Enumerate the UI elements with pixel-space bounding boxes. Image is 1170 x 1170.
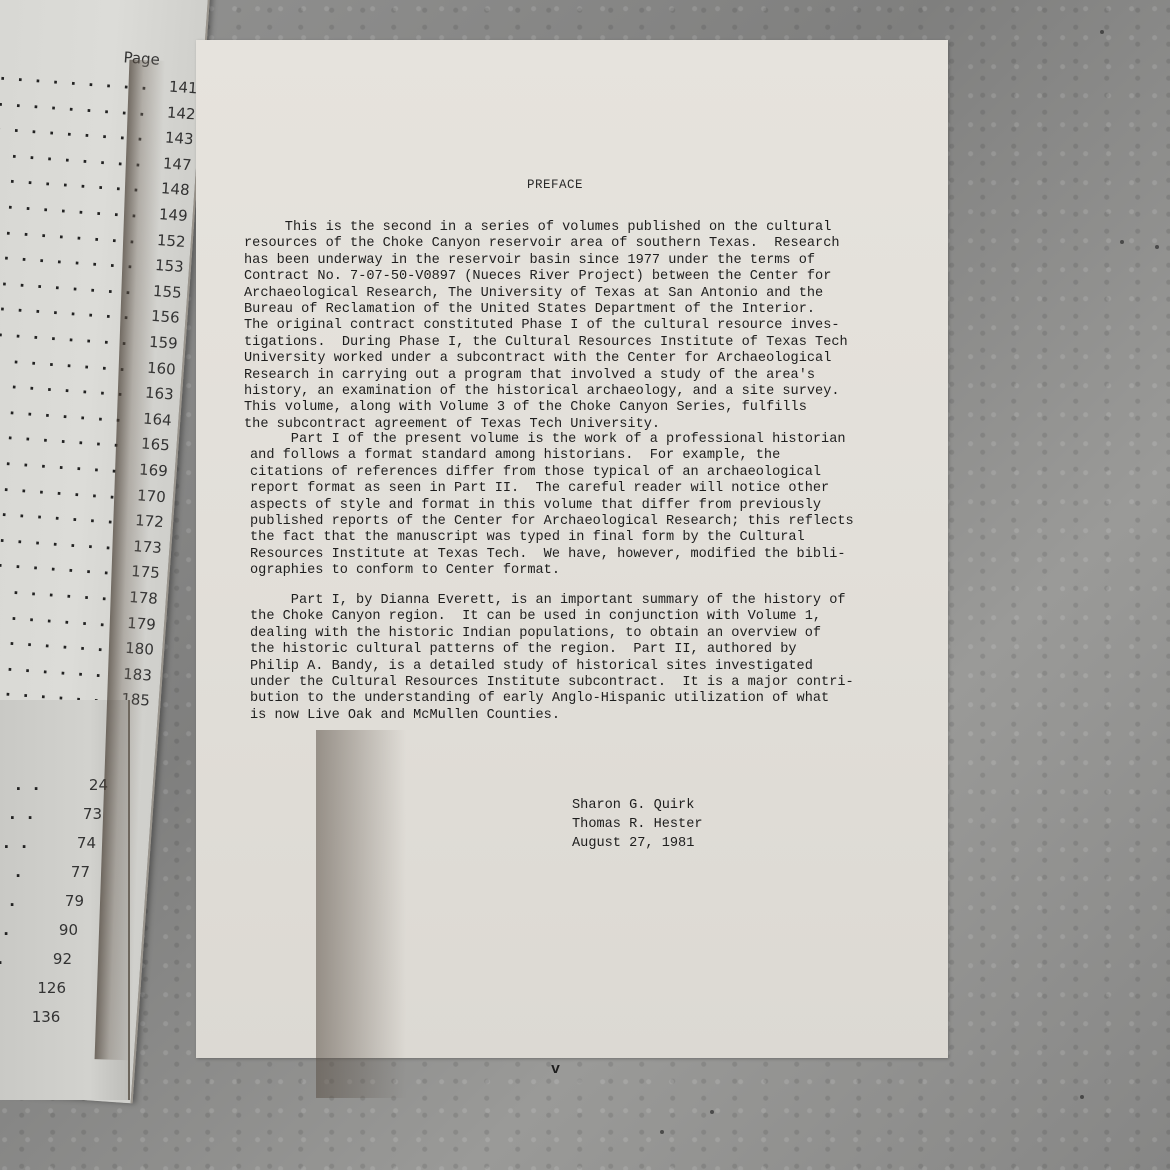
toc-page-number: 74 — [77, 834, 96, 852]
paragraph-line: history, an examination of the historica… — [244, 384, 848, 400]
paragraph-line: is now Live Oak and McMullen Counties. — [250, 708, 854, 724]
toc-entry: .........148 — [0, 168, 190, 200]
toc-leader-dots: ......... — [0, 449, 130, 478]
signature-block: Sharon G. Quirk Thomas R. Hester August … — [572, 796, 703, 853]
toc-entry: .126 — [0, 979, 66, 997]
signature-date: August 27, 1981 — [572, 834, 703, 853]
paragraph-line: Contract No. 7-07-50-V0897 (Nueces River… — [244, 269, 848, 285]
paragraph-line: dealing with the historic Indian populat… — [250, 626, 854, 642]
paragraph-line: the historic cultural patterns of the re… — [250, 642, 854, 658]
toc-leader-dots: .. — [4, 834, 39, 852]
toc-leader-dots: ......... — [0, 372, 136, 401]
toc-leader-dots: ......... — [0, 627, 116, 656]
surface-speck — [1100, 30, 1104, 34]
paragraph-line: University worked under a subcontract wi… — [244, 351, 848, 367]
signature-author-2: Thomas R. Hester — [572, 815, 703, 834]
toc-leader-dots: . — [15, 863, 33, 881]
toc-leader-dots: ......... — [0, 576, 120, 605]
paragraph-2: Part I of the present volume is the work… — [250, 432, 854, 580]
paragraph-line: resources of the Choke Canyon reservoir … — [244, 236, 848, 252]
toc-leader-dots: ......... — [0, 602, 118, 631]
paragraph-line: This volume, along with Volume 3 of the … — [244, 400, 848, 416]
surface-speck — [1120, 240, 1124, 244]
toc-page-number: 143 — [164, 129, 194, 149]
toc-leader-dots: .. — [16, 776, 51, 794]
paragraph-line: tigations. During Phase I, the Cultural … — [244, 335, 848, 351]
paragraph-line: Part I of the present volume is the work… — [250, 432, 854, 448]
paragraph-line: the Choke Canyon region. It can be used … — [250, 609, 854, 625]
toc-page-number: 147 — [162, 154, 192, 174]
paragraph-line: report format as seen in Part II. The ca… — [250, 481, 854, 497]
surface-speck — [710, 1110, 714, 1114]
surface-speck — [1080, 1095, 1084, 1099]
toc-entry: .90 — [0, 921, 78, 939]
paragraph-line: under the Cultural Resources Institute s… — [250, 675, 854, 691]
toc-leader-dots: .. — [10, 805, 45, 823]
paragraph-line: This is the second in a series of volume… — [244, 220, 848, 236]
toc-leader-dots: ......... — [0, 474, 128, 503]
paragraph-line: ographies to conform to Center format. — [250, 563, 854, 579]
toc-leader-dots: . — [0, 950, 15, 968]
paragraph-line: Part I, by Dianna Everett, is an importa… — [250, 593, 854, 609]
toc-page-number: 92 — [53, 950, 72, 968]
paragraph-line: published reports of the Center for Arch… — [250, 514, 854, 530]
paragraph-3: Part I, by Dianna Everett, is an importa… — [250, 593, 854, 724]
toc-page-number: 149 — [158, 205, 188, 225]
signature-author-1: Sharon G. Quirk — [572, 796, 703, 815]
toc-entry: .92 — [0, 950, 72, 968]
toc-leader-dots: . — [9, 892, 27, 910]
paragraph-line: bution to the understanding of early Ang… — [250, 691, 854, 707]
paragraph-line: the subcontract agreement of Texas Tech … — [244, 417, 848, 433]
toc-page-number: 153 — [154, 256, 184, 276]
paragraph-line: Resources Institute at Texas Tech. We ha… — [250, 547, 854, 563]
toc-leader-dots: ......... — [0, 346, 138, 375]
toc-page-number: 148 — [160, 180, 190, 200]
toc-entry: ..73 — [0, 805, 102, 823]
toc-leader-dots: ......... — [0, 500, 126, 529]
toc-page-number: 152 — [156, 231, 186, 251]
paragraph-line: The original contract constituted Phase … — [244, 318, 848, 334]
toc-page-number: 142 — [166, 103, 196, 123]
toc-entry: .........147 — [0, 142, 192, 174]
toc-leader-dots: ......... — [0, 525, 124, 554]
toc-page-number: 141 — [168, 78, 198, 98]
paragraph-line: citations of references differ from thos… — [250, 465, 854, 481]
toc-leader-dots: ......... — [0, 653, 114, 682]
toc-leader-dots: . — [3, 921, 21, 939]
paragraph-line: aspects of style and format in this volu… — [250, 498, 854, 514]
paragraph-line: Bureau of Reclamation of the United Stat… — [244, 302, 848, 318]
page-shadow — [316, 730, 406, 1098]
toc-entry: .79 — [0, 892, 84, 910]
paragraph-line: and follows a format standard among hist… — [250, 448, 854, 464]
toc-leader-dots: ......... — [0, 423, 132, 452]
toc-entry: ..24 — [0, 776, 108, 794]
toc-entry: .77 — [0, 863, 90, 881]
toc-leader-dots: ......... — [0, 398, 134, 427]
toc-page-number: 77 — [71, 863, 90, 881]
toc-page-number: 90 — [59, 921, 78, 939]
toc-entry: ..74 — [0, 834, 96, 852]
paragraph-line: Archaeological Research, The University … — [244, 286, 848, 302]
paragraph-line: has been underway in the reservoir basin… — [244, 253, 848, 269]
paragraph-line: the fact that the manuscript was typed i… — [250, 530, 854, 546]
toc-page-number: 79 — [65, 892, 84, 910]
surface-speck — [1155, 245, 1159, 249]
toc-leader-dots: ......... — [0, 551, 122, 580]
toc-page-number: 73 — [83, 805, 102, 823]
paragraph-1: This is the second in a series of volume… — [244, 220, 848, 433]
page-number: v — [551, 1061, 560, 1078]
toc-page-number: 126 — [37, 979, 66, 997]
toc-entry: .136 — [0, 1008, 60, 1026]
paragraph-line: Philip A. Bandy, is a detailed study of … — [250, 659, 854, 675]
toc-page-number: 136 — [32, 1008, 61, 1026]
page-title: PREFACE — [527, 178, 583, 192]
paragraph-line: Research in carrying out a program that … — [244, 368, 848, 384]
surface-speck — [660, 1130, 664, 1134]
